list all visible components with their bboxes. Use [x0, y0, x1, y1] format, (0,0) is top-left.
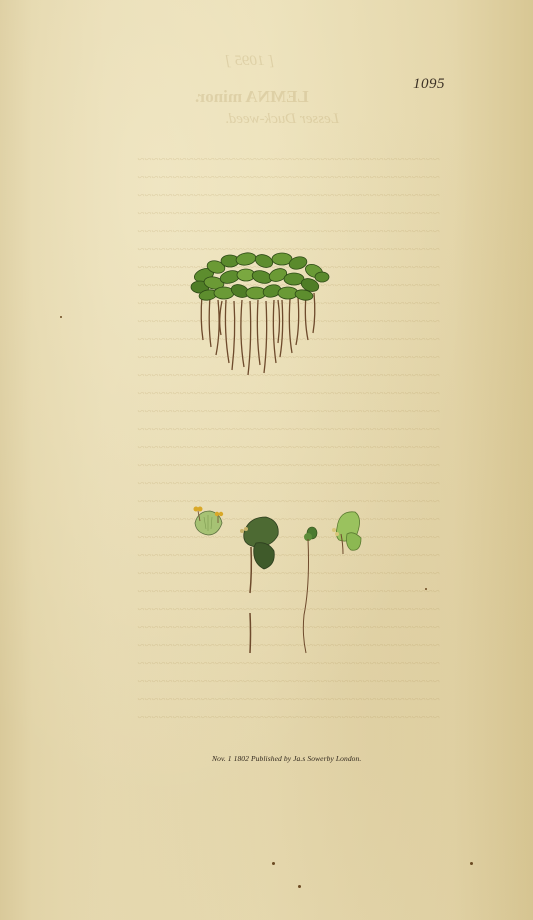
paper-speck: [60, 316, 62, 318]
small-frond-root-illustration: [298, 525, 323, 655]
bleed-through-subtitle: Lesser Duck-weed.: [225, 110, 339, 128]
frond-pale-flower-illustration: [327, 508, 367, 558]
paper-speck: [272, 862, 275, 865]
publisher-line: Nov. 1 1802 Published by Ja.s Sowerby Lo…: [212, 754, 361, 763]
bleed-through-body: ~~~~~~~~~~~~~~~~~~~~~~~~~~~~~~~~~~~~~~~~…: [80, 150, 440, 750]
paper-speck: [425, 588, 427, 590]
paper-speck: [298, 885, 301, 888]
frond-dark-textured-illustration: [238, 513, 288, 658]
frond-with-flowers-illustration: [190, 503, 230, 538]
plate-number: 1095: [413, 76, 445, 93]
paper-speck: [470, 862, 473, 865]
bleed-through-header: [ 1095 ]: [225, 52, 274, 70]
duckweed-colony-illustration: [188, 245, 333, 380]
bleed-through-title: LEMNA minor.: [195, 88, 309, 106]
